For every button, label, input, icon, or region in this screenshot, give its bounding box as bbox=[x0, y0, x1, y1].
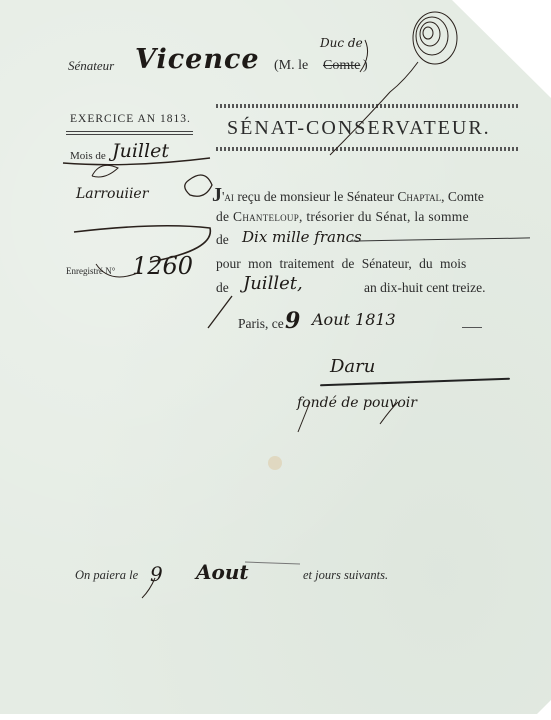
wavy-rule-bottom bbox=[216, 147, 518, 151]
enregistre-value: 1260 bbox=[132, 252, 193, 280]
paper-stain bbox=[268, 456, 282, 470]
payment-label: On paiera le bbox=[75, 568, 138, 583]
mois-value: Juillet bbox=[112, 140, 169, 162]
receipt-line-3: de bbox=[216, 232, 229, 248]
receipt-line-5: de bbox=[216, 280, 229, 296]
dateline-label: Paris, ce bbox=[238, 316, 284, 332]
dateline-rule bbox=[462, 327, 482, 328]
title-close: ) bbox=[363, 58, 368, 74]
receipt-line-2: de Chanteloup, trésorier du Sénat, la so… bbox=[216, 209, 469, 225]
payment-suffix: et jours suivants. bbox=[303, 568, 388, 583]
payment-day: 9 bbox=[150, 562, 163, 586]
controller-name: Larrouiier bbox=[76, 186, 148, 202]
title-correction: Duc de bbox=[320, 36, 363, 50]
masthead-title: SÉNAT-CONSERVATEUR. bbox=[227, 117, 491, 140]
month-handwritten: Juillet, bbox=[243, 273, 303, 294]
exercice-label: EXERCICE AN 1813. bbox=[70, 113, 191, 125]
title-prefix: (M. le bbox=[274, 58, 308, 74]
receipt-line-4: pour mon traitement de Sénateur, du mois bbox=[216, 256, 466, 272]
title-struck: Comte bbox=[323, 58, 360, 74]
signature: Daru bbox=[330, 356, 375, 377]
mois-label: Mois de bbox=[70, 150, 106, 162]
payment-month: Aout bbox=[196, 560, 249, 584]
double-rule bbox=[66, 131, 193, 135]
place-name: Chanteloup bbox=[233, 209, 299, 224]
receipt-line-5-end: an dix-huit cent treize. bbox=[364, 280, 485, 296]
wavy-rule-top bbox=[216, 104, 518, 108]
senateur-name: Vicence bbox=[135, 44, 260, 75]
dateline-day: 9 bbox=[285, 308, 300, 334]
treasurer-name: Chaptal bbox=[397, 189, 441, 204]
dropcap: J bbox=[212, 184, 222, 206]
scan-edge bbox=[0, 714, 551, 720]
enregistre-label: Enregistré N° bbox=[66, 266, 115, 276]
witness-note: fondé de pouvoir bbox=[297, 395, 417, 411]
dateline-month-year: Aout 1813 bbox=[312, 310, 396, 329]
amount-handwritten: Dix mille francs bbox=[242, 228, 362, 246]
senateur-label: Sénateur bbox=[68, 58, 114, 74]
receipt-line-1: J'ai reçu de monsieur le Sénateur Chapta… bbox=[212, 184, 484, 207]
